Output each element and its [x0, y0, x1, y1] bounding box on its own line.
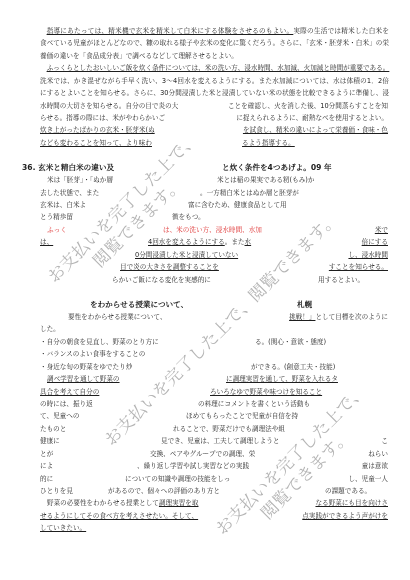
- underlined-text: し、浸水時間: [348, 249, 388, 261]
- text-row: 的に についての知識や調理の技能をしっ し、児童一人: [0, 473, 410, 485]
- text-fragment: 水時間の大切さを知らせる。自分の目で炎の大: [40, 100, 178, 112]
- heading-text: をわからせる授業について、: [90, 299, 188, 311]
- underlined-text: 倍にする: [362, 236, 388, 248]
- text-fragment: て、児童への: [40, 410, 79, 422]
- underlined-text: 目で炎の大きさを調整することを: [120, 261, 219, 273]
- text-fragment: 、繰り返し学習や試し実習などの実践: [137, 460, 249, 472]
- document-page: 指導にあたっては、精米機で玄米を精米して白米にする体験をさせるのもよい。実際の生…: [0, 0, 410, 580]
- text-row: 要性をわからせる授業について、 挑戦！」として目標を次のように: [0, 311, 410, 323]
- text-row: 水時間の大切さを知らせる。自分の目で炎の大 ことを確認し、火を消した後、10分間…: [0, 100, 410, 112]
- text-fragment: 去した状態で、また: [40, 187, 99, 199]
- text-row: 野菜の必要性をわからせる授業として調理実習を取 なる野菜にも目を向けさ: [0, 497, 410, 509]
- underlined-text: 4回水を変えるようにする: [148, 238, 225, 246]
- text-row: にするとよいことを知らせる。さらに、30分間浸漬した米と浸漬していない米の状態を…: [0, 87, 410, 99]
- text-row: した。: [0, 323, 410, 335]
- text-fragment: に捉えられるように、耐熱なべを使用するとよい。: [236, 112, 388, 124]
- text-fragment: る。(関心・意欲・態度): [255, 336, 326, 348]
- text-row: の時には、振り返 の料理にコメントを書くという活動も: [0, 398, 410, 410]
- text-fragment: の課題である。: [325, 485, 371, 497]
- text-fragment: 的に: [40, 473, 53, 485]
- underlined-text: なども変わることを知って、より味わ: [40, 137, 152, 149]
- text-row: によ 、繰り返し学習や試し実習などの実践 童は意欲: [0, 460, 410, 472]
- text-row: たものと れることで、野菜だけでも調理法や組: [0, 423, 410, 435]
- underlined-text: 具合を考えて自分の: [40, 386, 99, 398]
- underlined-text: るよう指導する。: [242, 137, 295, 149]
- text-row: とう精歩留 徴をもつ。: [0, 211, 410, 223]
- goal-item: ・身近な旬の野菜をゆでたり炒 ができる。(創意工夫・技能): [0, 361, 410, 373]
- section-heading: をわからせる授業について、 札幌: [0, 299, 410, 311]
- underlined-text: ふっくらとしたおいしいご飯を炊く条件については、米の洗い方、浸水時間、水加減、火…: [47, 62, 389, 74]
- text-row: ひとりを見 があるので、個々への評価のあり方と の課題である。: [0, 485, 410, 497]
- text-fragment: 富に含むため、健康食品として用: [188, 199, 287, 211]
- underlined-text: 水: [245, 238, 252, 246]
- text-fragment: とが: [40, 448, 53, 460]
- text-fragment: 4回水を変えるようにする。また水: [148, 236, 251, 248]
- text-fragment: ほめてもらったことで児童が自信を持: [186, 410, 298, 422]
- text-fragment: 用するとよい。: [318, 274, 364, 286]
- underlined-text: 調理実習を取: [159, 499, 199, 507]
- text-fragment: の時には、振り返: [40, 398, 93, 410]
- text-row: 炊き上がったばかりの玄米・胚芽米(ぬ を試食し、精米の違いによって栄養価・食味・…: [0, 124, 410, 136]
- text-fragment: ことを確認し、火を消した後、10分間蒸らすことを知: [228, 100, 388, 112]
- text-fragment: 要性をわからせる授業について、: [68, 311, 166, 323]
- text-row: 調べ学習を通して野菜の に調理実習を通して、野菜を入れるタ: [0, 373, 410, 385]
- red-text: は、米の洗い方、浸水時間、水加: [163, 224, 262, 236]
- text-fragment: 米とは稲の果実である籾(もみ)か: [217, 174, 314, 186]
- underlined-text: していきたい。: [40, 522, 86, 534]
- text-fragment: れることで、野菜だけでも調理法や組: [173, 423, 285, 435]
- text-fragment: 。一方精白米とはぬか層と胚芽が: [200, 187, 299, 199]
- underlined-text: 炊き上がったばかりの玄米・胚芽米(ぬ: [40, 124, 155, 136]
- plain-text: として目標を次のように: [315, 313, 388, 321]
- text-fragment: 見でき、児童は、工夫して調理しようと: [161, 435, 279, 447]
- text-fragment: があるので、個々への評価のあり方と: [108, 485, 220, 497]
- text-row: 去した状態で、また 。一方精白米とはぬか層と胚芽が: [0, 187, 410, 199]
- underlined-text: すことを知らせる。: [329, 261, 388, 273]
- text-row: 0分間浸漬した米と浸漬していない し、浸水時間: [0, 249, 410, 261]
- text-row: 玄米は、白米よ 富に含むため、健康食品として用: [0, 199, 410, 211]
- underlined-text: 点実践ができるよう声がけを: [302, 510, 388, 522]
- text-fragment: 玄米は、白米よ: [40, 199, 86, 211]
- text-row: 米は「胚芽」・「ぬか層 米とは稲の果実である籾(もみ)か: [0, 174, 410, 186]
- text-fragment: した。: [40, 323, 60, 335]
- text-line: 指導にあたっては、精米機で玄米を精米して白米にする体験をさせるのもよい。実際の生…: [47, 25, 389, 37]
- underlined-text: 挑戦！」: [289, 313, 315, 321]
- text-fragment: 米は「胚芽」・「ぬか層: [47, 174, 113, 186]
- text-fragment: ・バランスのよい食事をすることの: [40, 348, 145, 360]
- text-line: にするとよいことを知らせる。さらに、30分間浸漬した米と浸漬していない米の状態を…: [40, 87, 389, 99]
- text-row: していきたい。: [0, 522, 410, 534]
- plain-text: 。また: [225, 238, 245, 246]
- plain-text: 野菜の必要性をわからせる授業として: [47, 499, 159, 507]
- goal-item: ・バランスのよい食事をすることの: [0, 348, 410, 360]
- text-fragment: 健康に: [40, 435, 60, 447]
- text-fragment: らせる。指導の際には、米がやわらかいご: [40, 112, 165, 124]
- text-row: せるようにしてその食べ方を考えさせたい。そして、 点実践ができるよう声がけを: [0, 510, 410, 522]
- text-row: 食べている児童がほとんどなので、糠の取れる様子や玄米の変化に驚くだろう。さらに、…: [0, 37, 410, 49]
- text-row: 目で炎の大きさを調整することを すことを知らせる。: [0, 261, 410, 273]
- text-fragment: らかいご飯になる変化を実感的に: [112, 274, 211, 286]
- text-row: 養価の違いを「食品成分表」で調べるなどして理解させるとよい。: [0, 50, 410, 62]
- text-line: 養価の違いを「食品成分表」で調べるなどして理解させるとよい。: [40, 50, 238, 62]
- text-line: 食べている児童がほとんどなので、糠の取れる様子や玄米の変化に驚くだろう。さらに、…: [40, 37, 389, 49]
- text-row: は、 4回水を変えるようにする。また水 倍にする: [0, 236, 410, 248]
- text-row: 指導にあたっては、精米機で玄米を精米して白米にする体験をさせるのもよい。実際の生…: [0, 25, 410, 37]
- underlined-text: 0分間浸漬した米と浸漬していない: [135, 249, 238, 261]
- text-fragment: ひとりを見: [40, 485, 73, 497]
- text-fragment: ・自分の朝食を見直し、野菜のとり方に: [40, 336, 159, 348]
- text-fragment: し、児童一人: [348, 473, 388, 485]
- underlined-text: は、: [40, 236, 53, 248]
- text-fragment: ができる。(創意工夫・技能): [251, 361, 335, 373]
- text-line: 洗米では、かき混ぜながら手早く洗い、3～4回水を変えるようにする。また水加減につ…: [40, 75, 389, 87]
- text-fragment: 徴をもつ。: [172, 211, 205, 223]
- text-fragment: 挑戦！」として目標を次のように: [289, 311, 388, 323]
- text-row: て、児童への ほめてもらったことで児童が自信を持: [0, 410, 410, 422]
- text-fragment: とう精歩留: [40, 211, 73, 223]
- text-fragment: 童は意欲: [362, 460, 388, 472]
- underlined-text: 指導にあたっては、精米機で玄米を精米して白米にする体験をさせるのもよい。: [47, 27, 294, 35]
- underlined-text: を試食し、精米の違いによって栄養価・食味・色: [243, 124, 388, 136]
- text-fragment: ねらい: [368, 448, 388, 460]
- underlined-text: せるようにしてその食べ方を考えさせたい。そして、: [40, 510, 198, 522]
- text-row: ふっくらとしたおいしいご飯を炊く条件については、米の洗い方、浸水時間、水加減、火…: [0, 62, 410, 74]
- heading-text: と炊く条件を4つあげよ。09 年: [222, 162, 332, 174]
- text-row: 洗米では、かき混ぜながら手早く洗い、3～4回水を変えるようにする。また水加減につ…: [0, 75, 410, 87]
- question-heading: 36. 玄米と精白米の違い及 と炊く条件を4つあげよ。09 年: [0, 162, 410, 174]
- text-fragment: についての知識や調理の技能をしっ: [125, 473, 230, 485]
- text-fragment: 交換、ペアやグループでの調理、栄: [150, 448, 255, 460]
- underlined-text: ろいろなゆで野菜や味つけを知ること: [210, 386, 322, 398]
- underlined-text: 調べ学習を通して野菜の: [47, 373, 120, 385]
- underlined-text: なる野菜にも目を向けさ: [315, 497, 388, 509]
- underlined-text: 米で: [375, 224, 388, 236]
- text-row: 健康に 見でき、児童は、工夫して調理しようと こ: [0, 435, 410, 447]
- text-row: らかいご飯になる変化を実感的に 用するとよい。: [0, 274, 410, 286]
- plain-text: 実際の生活では精米した白米を: [293, 27, 389, 35]
- text-fragment: たものと: [40, 423, 66, 435]
- text-row: とが 交換、ペアやグループでの調理、栄 ねらい: [0, 448, 410, 460]
- red-text: ふっく: [47, 224, 67, 236]
- text-row: なども変わることを知って、より味わ るよう指導する。: [0, 137, 410, 149]
- heading-text: 札幌: [297, 299, 312, 311]
- goal-item: ・自分の朝食を見直し、野菜のとり方に る。(関心・意欲・態度): [0, 336, 410, 348]
- text-row: ふっく は、米の洗い方、浸水時間、水加 米で: [0, 224, 410, 236]
- heading-text: 36. 玄米と精白米の違い及: [22, 162, 114, 174]
- text-fragment: こ: [381, 435, 388, 447]
- text-fragment: の料理にコメントを書くという活動も: [198, 398, 310, 410]
- text-row: らせる。指導の際には、米がやわらかいご に捉えられるように、耐熱なべを使用すると…: [0, 112, 410, 124]
- underlined-text: に調理実習を通して、野菜を入れるタ: [226, 373, 338, 385]
- text-row: 具合を考えて自分の ろいろなゆで野菜や味つけを知ること: [0, 386, 410, 398]
- text-fragment: ・身近な旬の野菜をゆでたり炒: [40, 361, 132, 373]
- text-fragment: によ: [40, 460, 53, 472]
- text-fragment: 野菜の必要性をわからせる授業として調理実習を取: [47, 497, 198, 509]
